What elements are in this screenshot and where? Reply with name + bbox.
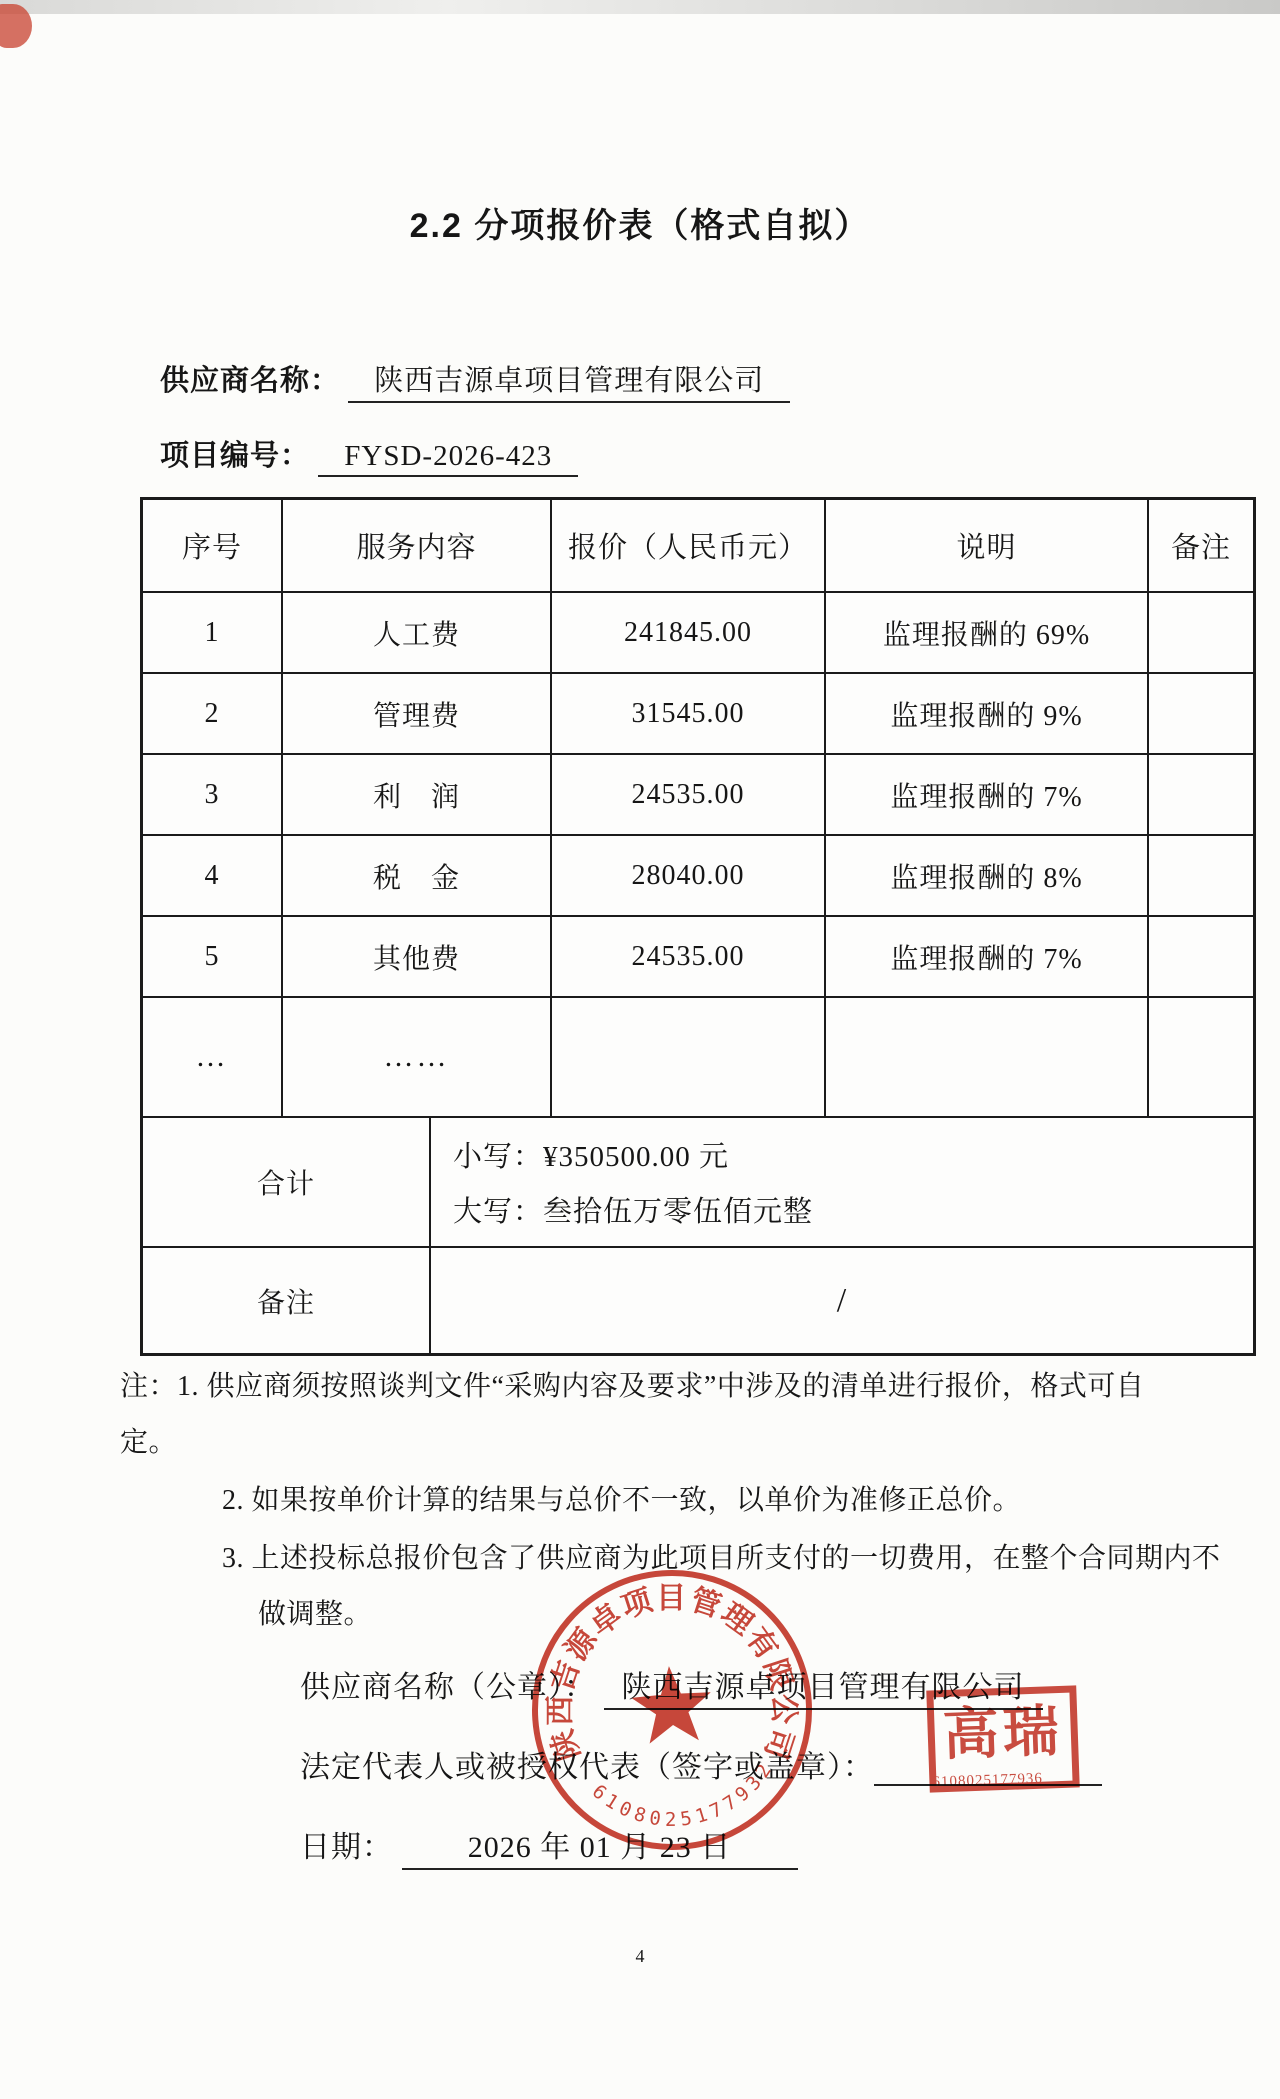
company-seal-circle: 陕西吉源卓项目管理有限公司 6108025177932 xyxy=(512,1550,832,1870)
cell-price: 31545.00 xyxy=(552,674,826,755)
cell-price xyxy=(552,998,826,1118)
col-header-service: 服务内容 xyxy=(283,500,552,593)
personal-seal-rect: 高瑞 6108025177936 xyxy=(926,1685,1079,1792)
cell-no: … xyxy=(143,998,283,1118)
cell-no: 5 xyxy=(143,917,283,998)
note-line-3: 2. 如果按单价计算的结果与总价不一致，以单价为准修正总价。 xyxy=(222,1478,1021,1518)
total-value-cell: 小写：¥350500.00 元 大写：叁拾伍万零伍佰元整 xyxy=(431,1118,1253,1248)
cell-note: 监理报酬的 69% xyxy=(826,593,1149,674)
document-page: 2.2 分项报价表（格式自拟） 供应商名称： 陕西吉源卓项目管理有限公司 项目编… xyxy=(0,0,1280,2099)
page-number: 4 xyxy=(0,1946,1280,1967)
cell-remark xyxy=(1149,998,1253,1118)
col-header-no: 序号 xyxy=(143,500,283,593)
total-label-cell: 合计 xyxy=(143,1118,431,1248)
personal-seal-name: 高瑞 xyxy=(942,1704,1064,1764)
cell-note xyxy=(826,998,1149,1118)
quotation-table-remark-section: 备注 / xyxy=(143,1248,1253,1353)
cell-note: 监理报酬的 7% xyxy=(826,755,1149,836)
quotation-table: 序号 服务内容 报价（人民币元） 说明 备注 1 人工费 241845.00 监… xyxy=(140,497,1256,1356)
project-code-value: FYSD-2026-423 xyxy=(318,440,578,477)
cell-remark xyxy=(1149,917,1253,998)
cell-service: 人工费 xyxy=(283,593,552,674)
cell-price: 24535.00 xyxy=(552,917,826,998)
seal-star-icon xyxy=(629,1663,714,1744)
cell-service: 其他费 xyxy=(283,917,552,998)
personal-seal-number: 6108025177936 xyxy=(932,1771,1043,1792)
cell-service: …… xyxy=(283,998,552,1118)
cell-no: 4 xyxy=(143,836,283,917)
cell-price: 241845.00 xyxy=(552,593,826,674)
remark-value-cell: / xyxy=(431,1248,1253,1353)
note-line-5: 做调整。 xyxy=(258,1592,372,1632)
cell-service: 税 金 xyxy=(283,836,552,917)
note-line-2: 定。 xyxy=(120,1420,177,1460)
seal-number-text: 6108025177932 xyxy=(586,1755,783,1837)
cell-remark xyxy=(1149,674,1253,755)
cell-service: 利 润 xyxy=(283,755,552,836)
total-uppercase: 大写：叁拾伍万零伍佰元整 xyxy=(453,1189,813,1230)
col-header-note: 说明 xyxy=(826,500,1149,593)
supplier-name-line: 供应商名称： 陕西吉源卓项目管理有限公司 xyxy=(160,358,790,403)
cell-no: 1 xyxy=(143,593,283,674)
cell-remark xyxy=(1149,755,1253,836)
cell-price: 28040.00 xyxy=(552,836,826,917)
col-header-price: 报价（人民币元） xyxy=(552,500,826,593)
cell-remark xyxy=(1149,836,1253,917)
svg-text:6108025177932: 6108025177932 xyxy=(586,1755,783,1837)
supplier-name-value: 陕西吉源卓项目管理有限公司 xyxy=(348,358,790,403)
cell-service: 管理费 xyxy=(283,674,552,755)
note-line-1: 注：1. 供应商须按照谈判文件“采购内容及要求”中涉及的清单进行报价，格式可自 xyxy=(120,1364,1144,1404)
project-code-line: 项目编号： FYSD-2026-423 xyxy=(160,433,578,477)
cell-remark xyxy=(1149,593,1253,674)
cell-no: 3 xyxy=(143,755,283,836)
cell-note: 监理报酬的 8% xyxy=(826,836,1149,917)
quotation-table-total-section: 合计 小写：¥350500.00 元 大写：叁拾伍万零伍佰元整 xyxy=(143,1118,1253,1248)
cell-note: 监理报酬的 9% xyxy=(826,674,1149,755)
signature-date-label: 日期： xyxy=(300,1831,393,1864)
scan-edge-shadow xyxy=(0,0,1280,14)
cell-no: 2 xyxy=(143,674,283,755)
quotation-table-main: 序号 服务内容 报价（人民币元） 说明 备注 1 人工费 241845.00 监… xyxy=(143,500,1253,1118)
cell-note: 监理报酬的 7% xyxy=(826,917,1149,998)
col-header-remark: 备注 xyxy=(1149,500,1253,593)
total-lowercase: 小写：¥350500.00 元 xyxy=(453,1134,729,1175)
project-code-label: 项目编号： xyxy=(160,440,310,472)
page-title: 2.2 分项报价表（格式自拟） xyxy=(0,198,1280,247)
remark-label-cell: 备注 xyxy=(143,1248,431,1353)
cell-price: 24535.00 xyxy=(552,755,826,836)
corner-stamp-mark xyxy=(0,4,32,48)
supplier-name-label: 供应商名称： xyxy=(160,365,340,397)
